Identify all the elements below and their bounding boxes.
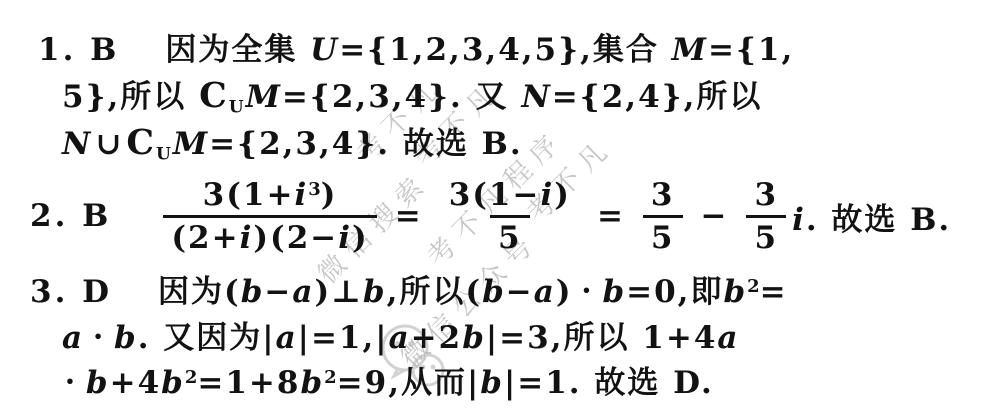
fraction-4-numerator: 3 — [746, 177, 786, 215]
math-segment: 3(1+ — [203, 177, 295, 213]
math-segment: b — [462, 320, 486, 356]
math-segment: 3 — [308, 179, 321, 200]
math-segment: ) — [556, 274, 573, 310]
math-segment: )⊥ — [314, 274, 362, 310]
math-segment: ={2,3,4}. 故选 B. — [209, 126, 523, 162]
math-segment: U — [156, 144, 173, 164]
math-segment: 5 — [651, 220, 675, 256]
math-segment: +2 — [411, 320, 463, 356]
math-segment: 2 — [324, 367, 337, 388]
math-segment: b — [241, 274, 265, 310]
math-segment: |=1. 故选 D. — [504, 365, 714, 401]
math-segment: U — [310, 32, 339, 68]
math-segment: . 故选 B. — [806, 202, 951, 238]
math-segment: • — [84, 327, 114, 346]
math-segment: 5},所以 — [62, 79, 199, 115]
math-segment: b — [114, 320, 138, 356]
item-1-line-2: 5},所以 CUM={2,3,4}. 又 N={2,4},所以 — [62, 71, 762, 117]
math-segment: 3 — [651, 177, 675, 213]
math-segment: i — [338, 220, 352, 256]
math-segment: b — [86, 365, 110, 401]
item-3-line-2: a•b. 又因为|a|=1,|a+2b|=3,所以 1+4a — [62, 312, 740, 357]
math-segment: ) — [554, 177, 571, 213]
item-3-line-1: 3. D因为(b−a)⊥b,所以(b−a)•b=0,即b2= — [30, 266, 788, 311]
item-1-line-3: N∪CUM={2,3,4}. 故选 B. — [62, 118, 523, 164]
math-segment: ) — [352, 220, 369, 256]
math-segment: a — [292, 274, 314, 310]
math-segment: M — [246, 79, 282, 115]
math-segment: 3(1− — [449, 177, 541, 213]
item-3-text-1: 因为(b−a)⊥b,所以(b−a)•b=0,即b2= — [158, 274, 788, 310]
equals-sign-1: = — [383, 198, 435, 234]
item-1-answer: 1. B — [38, 32, 119, 68]
fraction-4: 3 5 — [746, 177, 786, 256]
math-segment: b — [602, 274, 626, 310]
math-segment: . 又因为| — [138, 320, 276, 356]
math-segment: N — [62, 126, 92, 162]
math-segment: a — [534, 274, 556, 310]
math-segment: )(2− — [253, 220, 338, 256]
item-2-answer: 2. B — [30, 198, 111, 234]
fraction-1-numerator: 3(1+i3) — [195, 177, 346, 215]
equals-sign-2: = — [585, 198, 637, 234]
math-segment: • — [573, 281, 603, 300]
fraction-1: 3(1+i3) (2+i)(2−i) — [163, 177, 376, 256]
fraction-4-denominator: 5 — [746, 215, 786, 256]
math-segment: ={1, — [708, 32, 794, 68]
item-2-tail: i. 故选 B. — [792, 194, 951, 239]
math-segment: = — [760, 274, 788, 310]
math-segment: 2 — [185, 367, 198, 388]
math-segment: ={2,3,4}. 又 — [282, 79, 522, 115]
minus-sign: − — [689, 198, 741, 234]
math-segment: a — [62, 320, 84, 356]
math-segment: a — [717, 320, 739, 356]
math-segment: =0,即 — [626, 274, 723, 310]
math-segment: ={2,4},所以 — [552, 79, 763, 115]
fraction-1-denominator: (2+i)(2−i) — [163, 215, 376, 256]
item-3-line-3: •b+4b2=1+8b2=9,从而|b|=1. 故选 D. — [56, 357, 714, 402]
math-segment: ∪ — [92, 126, 126, 162]
fraction-2-denominator: 5 — [490, 215, 530, 256]
math-segment: N — [521, 79, 551, 115]
math-segment: 3 — [754, 177, 778, 213]
math-segment: 5 — [754, 220, 778, 256]
math-segment: 2 — [747, 276, 760, 297]
math-segment: =9,从而| — [337, 365, 481, 401]
math-segment: |=3,所以 1+4 — [486, 320, 718, 356]
math-segment: ,所以( — [387, 274, 482, 310]
fraction-3-denominator: 5 — [643, 215, 683, 256]
math-segment: M — [173, 126, 209, 162]
fraction-2-numerator: 3(1−i) — [441, 177, 579, 215]
math-segment: i — [792, 202, 806, 238]
fraction-3: 3 5 — [643, 177, 683, 256]
math-segment: ) — [321, 177, 338, 213]
math-segment: b — [480, 365, 504, 401]
fraction-2: 3(1−i) 5 — [441, 177, 579, 256]
fraction-3-numerator: 3 — [643, 177, 683, 215]
math-segment: b — [363, 274, 387, 310]
math-segment: b — [482, 274, 506, 310]
item-3-answer: 3. D — [30, 274, 112, 310]
math-segment: U — [229, 97, 246, 117]
math-segment: b — [723, 274, 747, 310]
math-segment: 5 — [498, 220, 522, 256]
math-segment: b — [300, 365, 324, 401]
math-segment: • — [56, 372, 86, 391]
math-segment: − — [506, 274, 534, 310]
math-segment: − — [264, 274, 292, 310]
math-segment: i — [540, 177, 554, 213]
math-segment: ={1,2,3,4,5},集合 — [339, 32, 671, 68]
item-1-text-1: 因为全集 U={1,2,3,4,5},集合 M={1, — [165, 32, 794, 68]
item-2-line: 2. B 3(1+i3) (2+i)(2−i) = 3(1−i) 5 = 3 5… — [30, 164, 951, 268]
math-segment: C — [126, 122, 156, 163]
math-segment: a — [276, 320, 298, 356]
math-segment: =1+8 — [197, 365, 300, 401]
math-segment: 因为全集 — [165, 32, 310, 68]
math-segment: b — [161, 365, 185, 401]
math-segment: (2+ — [171, 220, 239, 256]
math-segment: +4 — [110, 365, 162, 401]
math-segment: i — [294, 177, 308, 213]
math-segment: |=1,| — [298, 320, 389, 356]
item-1-line-1: 1. B因为全集 U={1,2,3,4,5},集合 M={1, — [38, 24, 794, 69]
math-segment: 因为( — [158, 274, 241, 310]
math-segment: i — [240, 220, 254, 256]
math-segment: M — [672, 32, 708, 68]
math-segment: a — [389, 320, 411, 356]
solution-page: 考不凡考不凡微信搜索考不凡程序微信公众号考不凡 1. B因为全集 U={1,2,… — [0, 0, 990, 418]
math-segment: C — [199, 75, 229, 116]
